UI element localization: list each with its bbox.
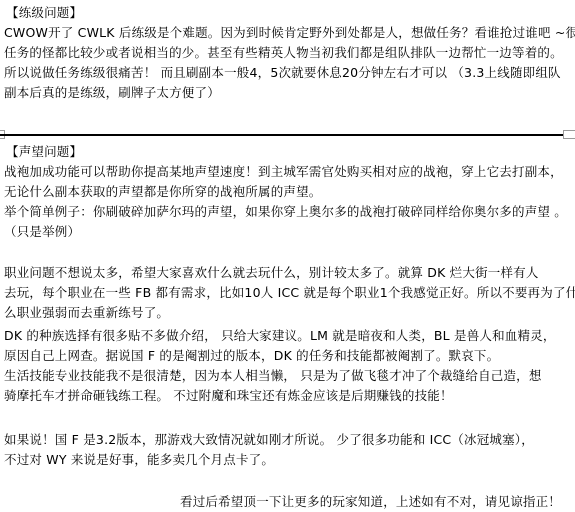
table-row-divider[interactable] [0,134,575,136]
paragraph-line: 不过对 WY 来说是好事，能多卖几个月点卡了。 [4,451,274,469]
paragraph-line: 么职业强弱而去重新练号了。 [4,304,169,322]
closing-line: 看过后希望顶一下让更多的玩家知道，上述如有不对，请见谅指正！ [180,493,561,511]
paragraph-line: CWOW开了 CWLK 后练级是个难题。因为到时候肯定野外到处都是人，想做任务？… [4,24,575,42]
section-heading-leveling: 【练级问题】 [6,4,82,22]
paragraph-line: （只是举例） [4,223,80,241]
paragraph-line: 任务的怪都比较少或者说相当的少。甚至有些精英人物当初我们都是组队排队一边帮忙一边… [4,44,563,62]
paragraph-line: 去玩，每个职业在一些 FB 都有需求，比如10人 ICC 就是每个职业1个我感觉… [4,284,575,302]
paragraph-line: 战袍加成功能可以帮助你提高某地声望速度！到主城军需官处购买相对应的战袍，穿上它去… [4,163,563,181]
paragraph-line: 骑摩托车才拼命砸钱练工程。 不过附魔和珠宝还有炼金应该是后期赚钱的技能！ [4,387,453,405]
section-heading-reputation: 【声望问题】 [6,143,82,161]
paragraph-line: 如果说！国 F 是3.2版本，那游戏大致情况就如刚才所说。 少了很多功能和 IC… [4,431,534,449]
paragraph-line: 举个简单例子：你刷破碎加萨尔玛的声望，如果你穿上奥尔多的战袍打破碎同样给你奥尔多… [4,203,567,221]
table-cell-marker-right [563,130,575,139]
paragraph-line: 原因自己上网查。据说国 F 的是阉割过的版本，DK 的任务和技能都被阉割了。默哀… [4,347,499,365]
paragraph-line: 职业问题不想说太多，希望大家喜欢什么就去玩什么，别计较太多了。就算 DK 烂大街… [4,264,539,282]
document-page: 【练级问题】 CWOW开了 CWLK 后练级是个难题。因为到时候肯定野外到处都是… [0,0,575,512]
paragraph-line: 所以说做任务练级很痛苦！ 而且刷副本一般4，5次就要休息20分钟左右才可以 （3… [4,64,561,82]
paragraph-line: DK 的种族选择有很多贴不多做介绍， 只给大家建议。LM 就是暗夜和人类，BL … [4,327,556,345]
paragraph-line: 无论什么副本获取的声望都是你所穿的战袍所属的声望。 [4,183,322,201]
paragraph-line: 副本后真的是练级，刷牌子太方便了） [4,84,220,102]
paragraph-line: 生活技能专业技能我不是很清楚，因为本人相当懒， 只是为了做飞毯才冲了个裁缝给自己… [4,367,542,385]
